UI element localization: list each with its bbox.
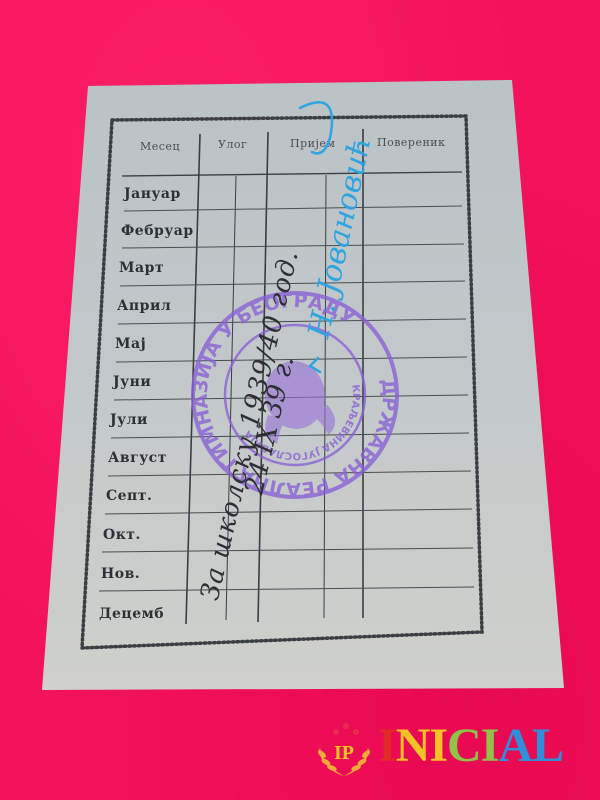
inicial-wordmark: INICIAL xyxy=(378,722,563,770)
signature-flourish xyxy=(0,0,600,800)
logo-letter: I xyxy=(378,719,396,772)
membership-card: Месец Улог Пријем Повереник Јануар Фебру… xyxy=(0,0,600,800)
logo-letter: N xyxy=(396,719,430,772)
logo-letter: A xyxy=(498,719,532,772)
emblem-letters: IP xyxy=(334,742,354,765)
logo-letter: L xyxy=(532,719,563,772)
logo-letter: I xyxy=(481,719,499,772)
logo-letter: C xyxy=(447,719,481,772)
logo-letter: I xyxy=(429,719,447,772)
emblem-text: IP xyxy=(334,742,354,764)
inicial-watermark-logo: IP INICIAL xyxy=(312,718,582,778)
